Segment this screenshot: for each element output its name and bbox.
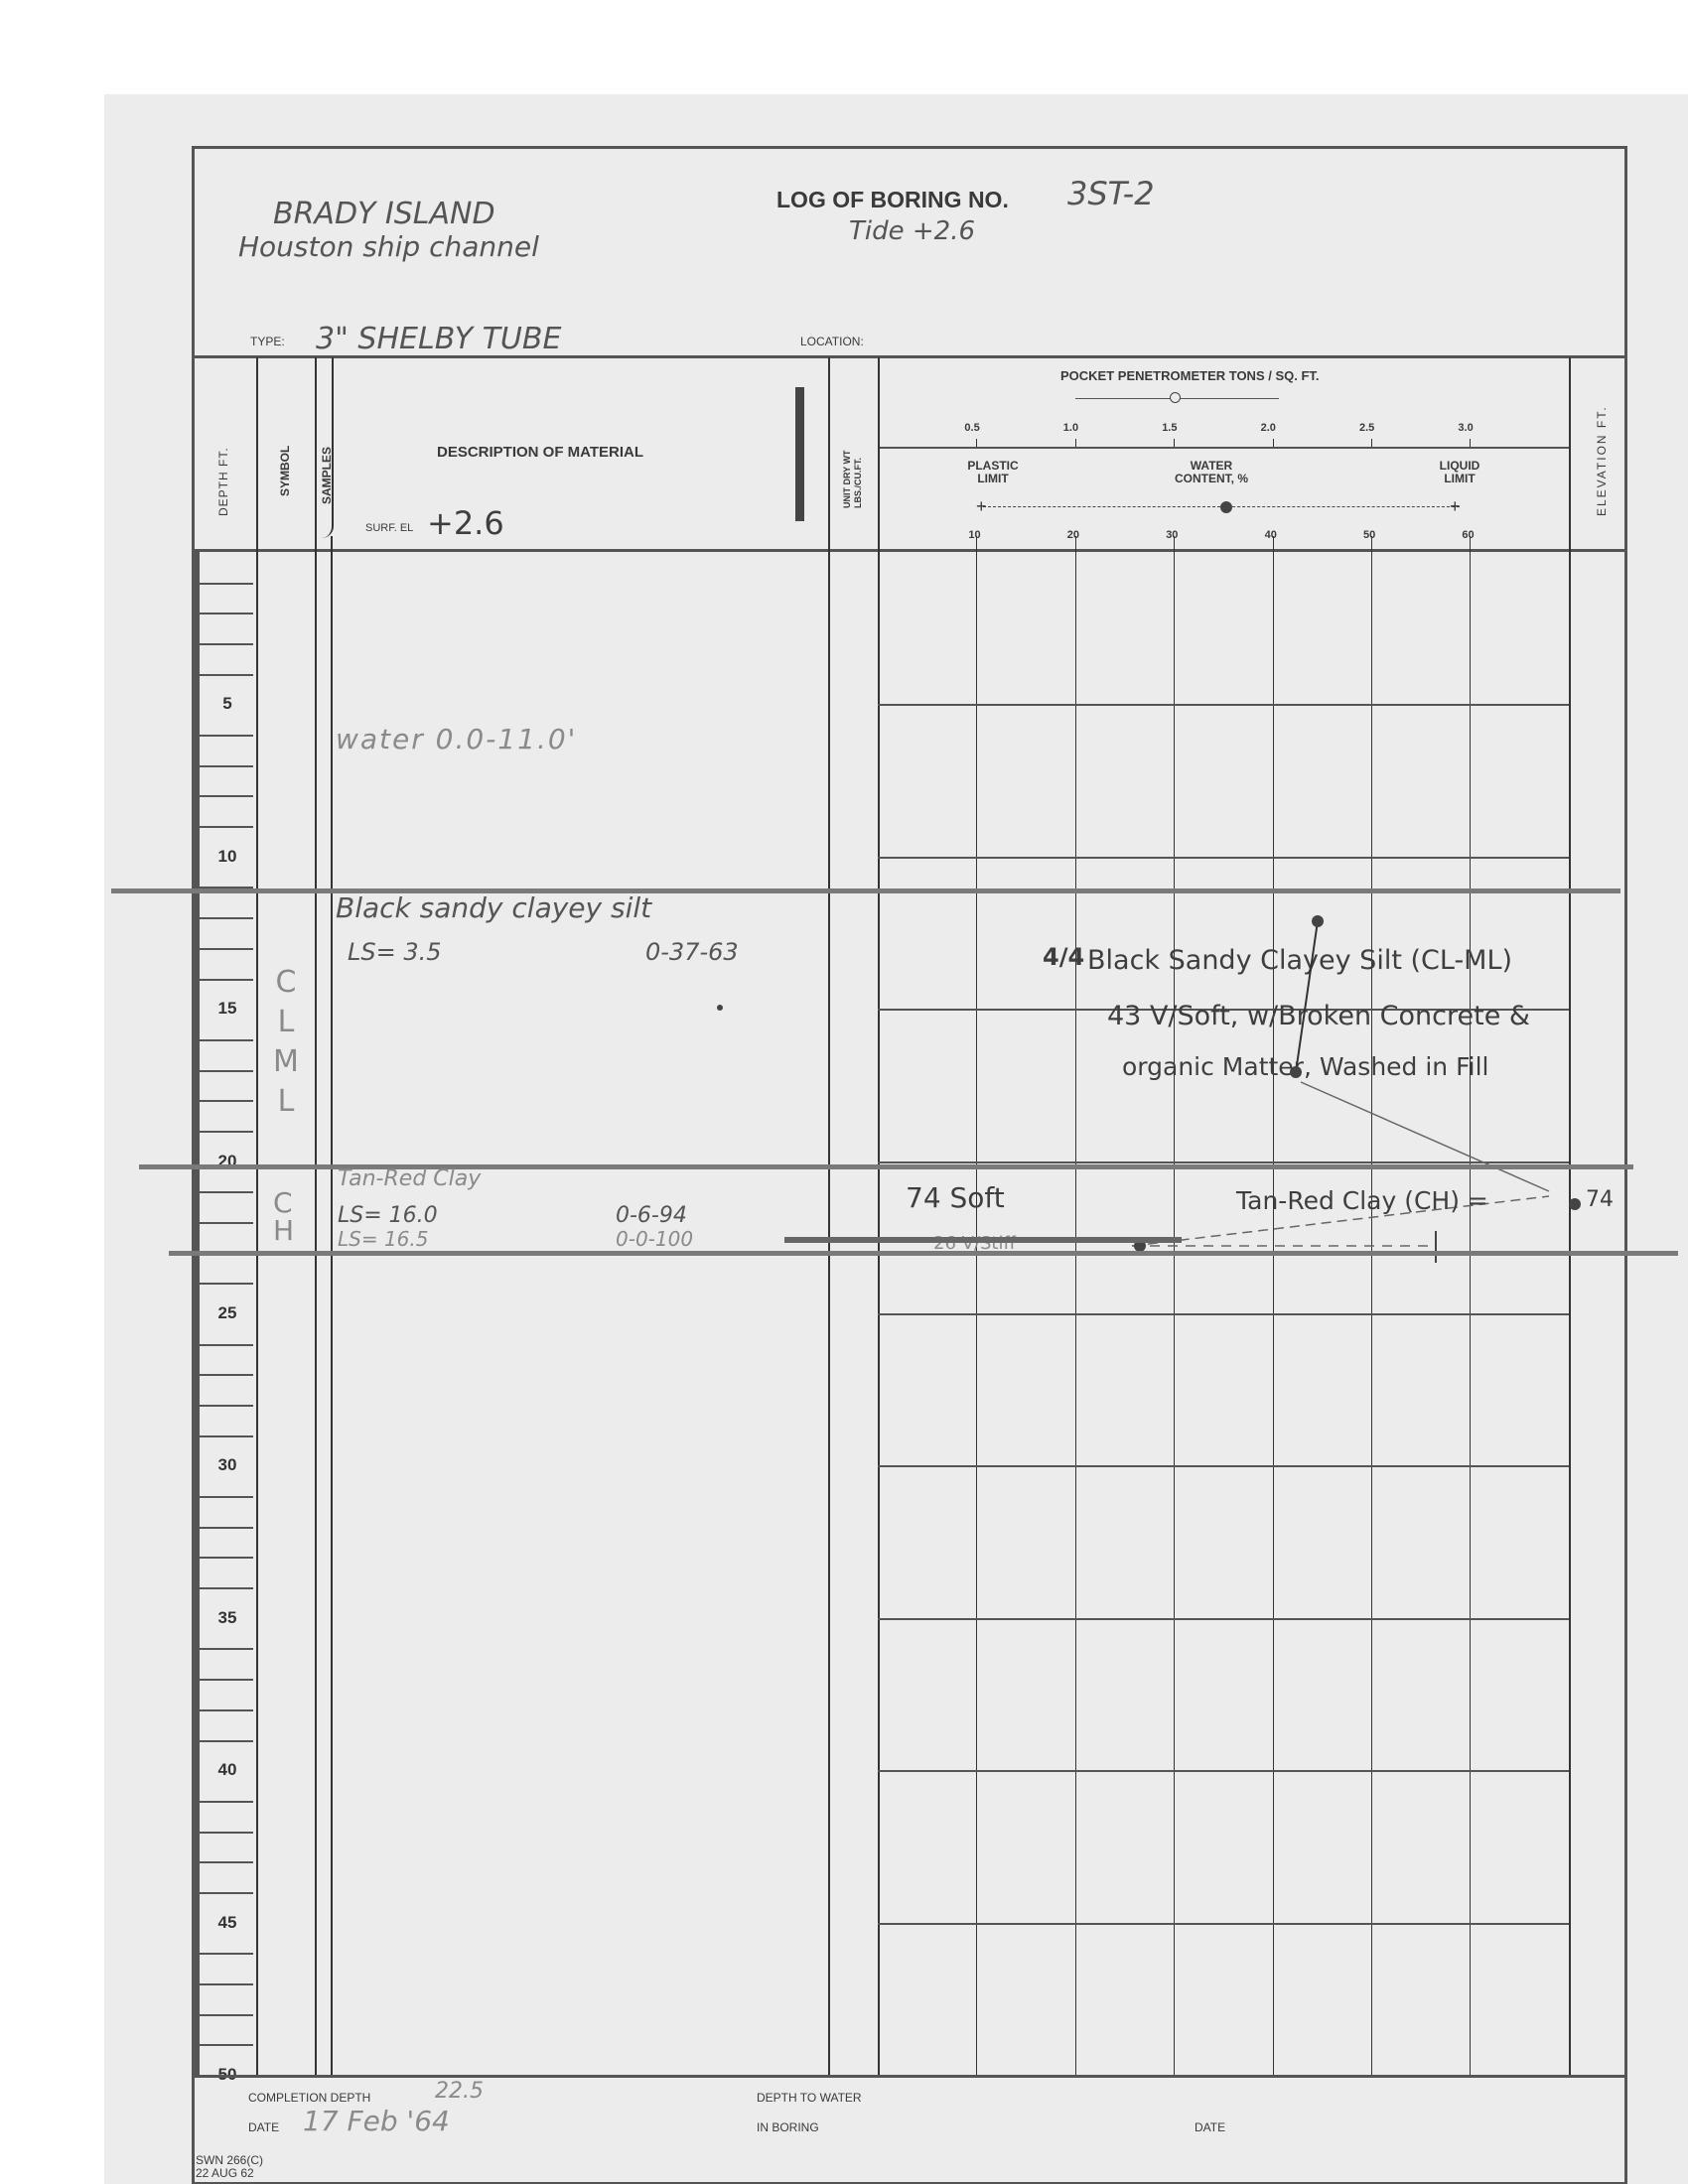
date-label: DATE — [248, 2120, 279, 2134]
date2-label: DATE — [1195, 2120, 1225, 2134]
completion-depth-line — [169, 1251, 1678, 1256]
layer-clay-sample-note-1: LS= 16.0 — [338, 1203, 438, 1228]
in-boring-label: IN BORING — [757, 2120, 819, 2134]
layer-clay-description: Tan-Red Clay — [338, 1166, 481, 1191]
form-number: SWN 266(C) 22 AUG 62 — [196, 2154, 263, 2180]
liquid-limit-value: 74 — [1586, 1187, 1614, 1212]
layer-clay-sample-note-2: LS= 16.5 — [338, 1227, 428, 1251]
completion-depth-value: 22.5 — [435, 2079, 484, 2104]
annotation-pen-marks — [0, 0, 1688, 2184]
liquid-limit-point — [1569, 1198, 1581, 1210]
completion-depth-label: COMPLETION DEPTH — [248, 2091, 370, 2105]
depth-to-water-label: DEPTH TO WATER — [757, 2091, 862, 2105]
pen-stroke — [784, 1237, 1182, 1243]
layer-clay-annotation: Tan-Red Clay (CH) = — [1236, 1186, 1488, 1215]
layer-clay-strength-1: 74 Soft — [906, 1181, 1005, 1214]
layer-clay-symbol: CH — [273, 1189, 294, 1245]
layer-clay-gradation-2: 0-0-100 — [616, 1227, 693, 1251]
layer-clay-gradation-1: 0-6-94 — [616, 1203, 687, 1228]
date-value: 17 Feb '64 — [303, 2105, 450, 2137]
